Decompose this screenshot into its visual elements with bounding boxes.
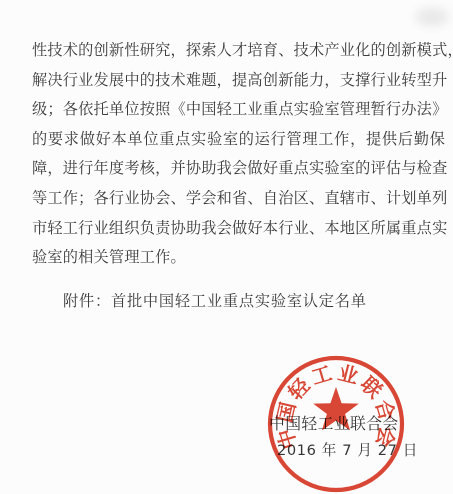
body-line: 等工作；各行业协会、学会和省、自治区、直辖市、计划单列 [32, 184, 445, 214]
document-page: 性技术的创新性研究，探索人才培育、技术产业化的创新模式， 解决行业发展中的技术难… [0, 0, 453, 494]
body-line: 验室的相关管理工作。 [32, 243, 445, 273]
body-line: 障，进行年度考核，并协助我会做好重点实验室的评估与检查 [32, 154, 445, 184]
seal-ring [270, 358, 402, 490]
body-line: 市轻工行业组织负责协助我会做好本行业、本地区所属重点实 [32, 214, 445, 244]
body-line: 性技术的创新性研究，探索人才培育、技术产业化的创新模式， [32, 36, 445, 66]
body-line: 解决行业发展中的技术难题，提高创新能力，支撑行业转型升 [32, 66, 445, 96]
attachment-line: 附件：首批中国轻工业重点实验室认定名单 [63, 290, 367, 311]
body-text-block: 性技术的创新性研究，探索人才培育、技术产业化的创新模式， 解决行业发展中的技术难… [32, 36, 445, 273]
scan-smudge [415, 8, 449, 26]
seal-star-icon [313, 387, 359, 430]
body-line: 的要求做好本单位重点实验室的运行管理工作，提供后勤保 [32, 125, 445, 155]
official-seal: 中国轻工业联合会 [266, 354, 406, 494]
body-line: 级；各依托单位按照《中国轻工业重点实验室管理暂行办法》 [32, 95, 445, 125]
